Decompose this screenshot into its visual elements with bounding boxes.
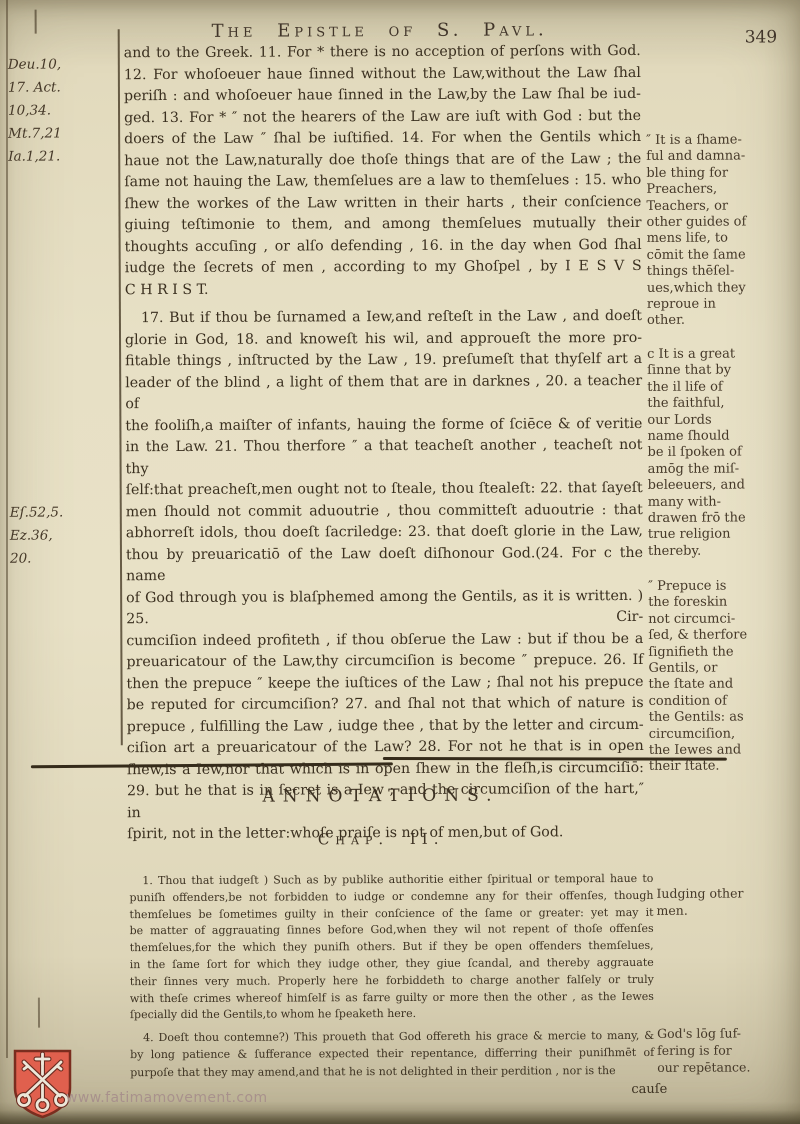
margin-column-rule <box>118 29 123 745</box>
fatima-shield-watermark-icon <box>12 1048 73 1120</box>
annotation-paragraph-2: 4. Doeſt thou contemne?) This proueth th… <box>130 1027 654 1082</box>
running-head-title: The Epistle of S. Pavl. <box>0 18 762 42</box>
catchword: cauſe <box>614 1082 684 1097</box>
margin-scripture-references-top: Deu.10, 17. Act. 10,34. Mt.7,21 Ia.1,21. <box>8 53 115 168</box>
annotations-heading: ANNOTATIONS. <box>1 784 761 807</box>
margin-scripture-references-mid: Eſ.52,5. Ez.36, 20. <box>10 501 116 570</box>
watermark-url: www.fatimamovement.com <box>66 1090 268 1106</box>
stray-ink-mark <box>38 998 40 1028</box>
scanned-book-page: The Epistle of S. Pavl. 349 Deu.10, 17. … <box>0 0 800 1124</box>
annotation-margin-note-long-suffering: God's lōg ſuf- fering is for our repētan… <box>657 1024 799 1076</box>
margin-note-great-sinne: c It is a great ſinne that by the il lif… <box>647 346 798 560</box>
chapter-heading: Chap. II. <box>1 828 761 849</box>
scripture-paragraph-1: and to the Greek. 11. For * there is no … <box>124 41 642 301</box>
margin-note-prepuce: ″ Prepuce is the foreskin not circumci- … <box>648 578 799 776</box>
page-number: 349 <box>745 27 778 47</box>
scripture-paragraph-2: 17. But if thou be ſurnamed a Iew,and re… <box>125 306 644 846</box>
margin-note-preachers: ″ It is a ſhame- ful and damna- ble thin… <box>646 132 797 330</box>
annotation-margin-note-judging: Iudging other men. <box>656 884 798 919</box>
annotation-paragraph-1: 1. Thou that iudgeſt ) Such as by publik… <box>129 871 654 1024</box>
